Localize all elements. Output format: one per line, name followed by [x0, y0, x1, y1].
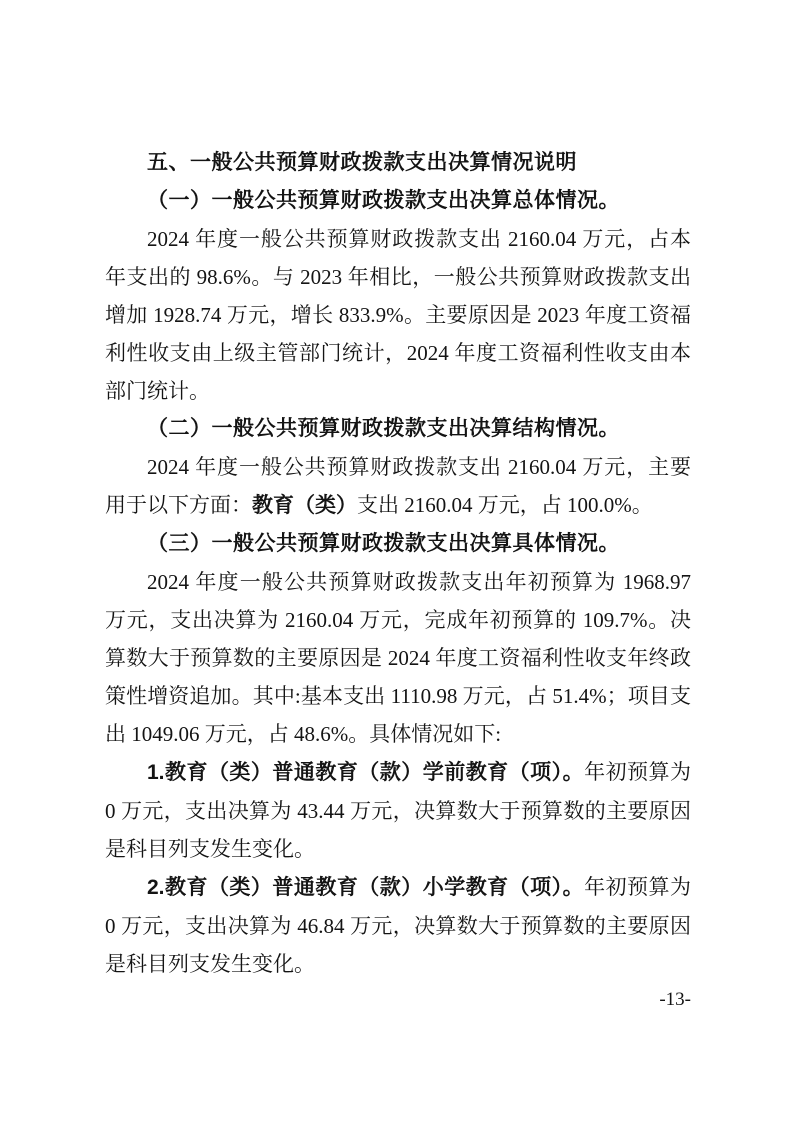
section2-title: （二）一般公共预算财政拨款支出决算结构情况。	[105, 410, 691, 448]
section1-title: （一）一般公共预算财政拨款支出决算总体情况。	[105, 182, 691, 220]
page-number: -13-	[659, 986, 691, 1014]
list-item-1-bold-lead: 1.教育（类）普通教育（款）学前教育（项）。	[147, 761, 584, 784]
section3-paragraph: 2024 年度一般公共预算财政拨款支出年初预算为 1968.97 万元，支出决算…	[105, 563, 691, 753]
document-content: 五、一般公共预算财政拨款支出决算情况说明 （一）一般公共预算财政拨款支出决算总体…	[105, 144, 691, 983]
list-item-1: 1.教育（类）普通教育（款）学前教育（项）。年初预算为 0 万元，支出决算为 4…	[105, 753, 691, 868]
list-item-2: 2.教育（类）普通教育（款）小学教育（项）。年初预算为 0 万元，支出决算为 4…	[105, 868, 691, 983]
section1-paragraph: 2024 年度一般公共预算财政拨款支出 2160.04 万元，占本年支出的 98…	[105, 220, 691, 410]
section2-paragraph: 2024 年度一般公共预算财政拨款支出 2160.04 万元，主要用于以下方面：…	[105, 448, 691, 525]
document-page: 五、一般公共预算财政拨款支出决算情况说明 （一）一般公共预算财政拨款支出决算总体…	[0, 0, 793, 1122]
section2-text-after-bold: 支出 2160.04 万元，占 100.0%。	[357, 493, 653, 517]
list-item-2-bold-lead: 2.教育（类）普通教育（款）小学教育（项）。	[147, 876, 584, 899]
section2-bold-term: 教育（类）	[252, 494, 357, 517]
section3-title: （三）一般公共预算财政拨款支出决算具体情况。	[105, 525, 691, 563]
main-heading: 五、一般公共预算财政拨款支出决算情况说明	[105, 144, 691, 182]
